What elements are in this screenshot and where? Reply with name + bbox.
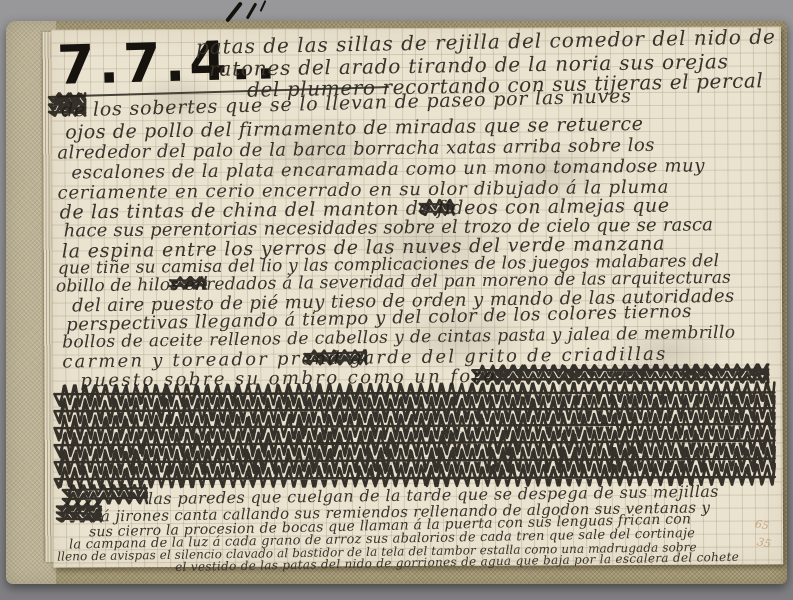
ink-scribble [304,350,366,364]
photographed-notebook: 7.7.4.. patas de las sillas de rejilla d… [0,0,793,600]
ink-scribble [57,503,101,521]
ink-scribble [170,277,206,289]
ink-scribble [420,200,454,215]
cover-ink-mark [260,0,267,12]
ink-scribble [49,93,85,115]
margin-mark: 35 [756,535,772,551]
ink-scribble [63,485,147,503]
cover-ink-mark [246,2,258,19]
ink-scribble [472,364,768,383]
ink-scribble-block [54,382,774,487]
manuscript-page: 7.7.4.. patas de las sillas de rejilla d… [51,26,783,567]
cover-ink-mark [225,1,243,22]
margin-mark: 65 [754,517,770,533]
